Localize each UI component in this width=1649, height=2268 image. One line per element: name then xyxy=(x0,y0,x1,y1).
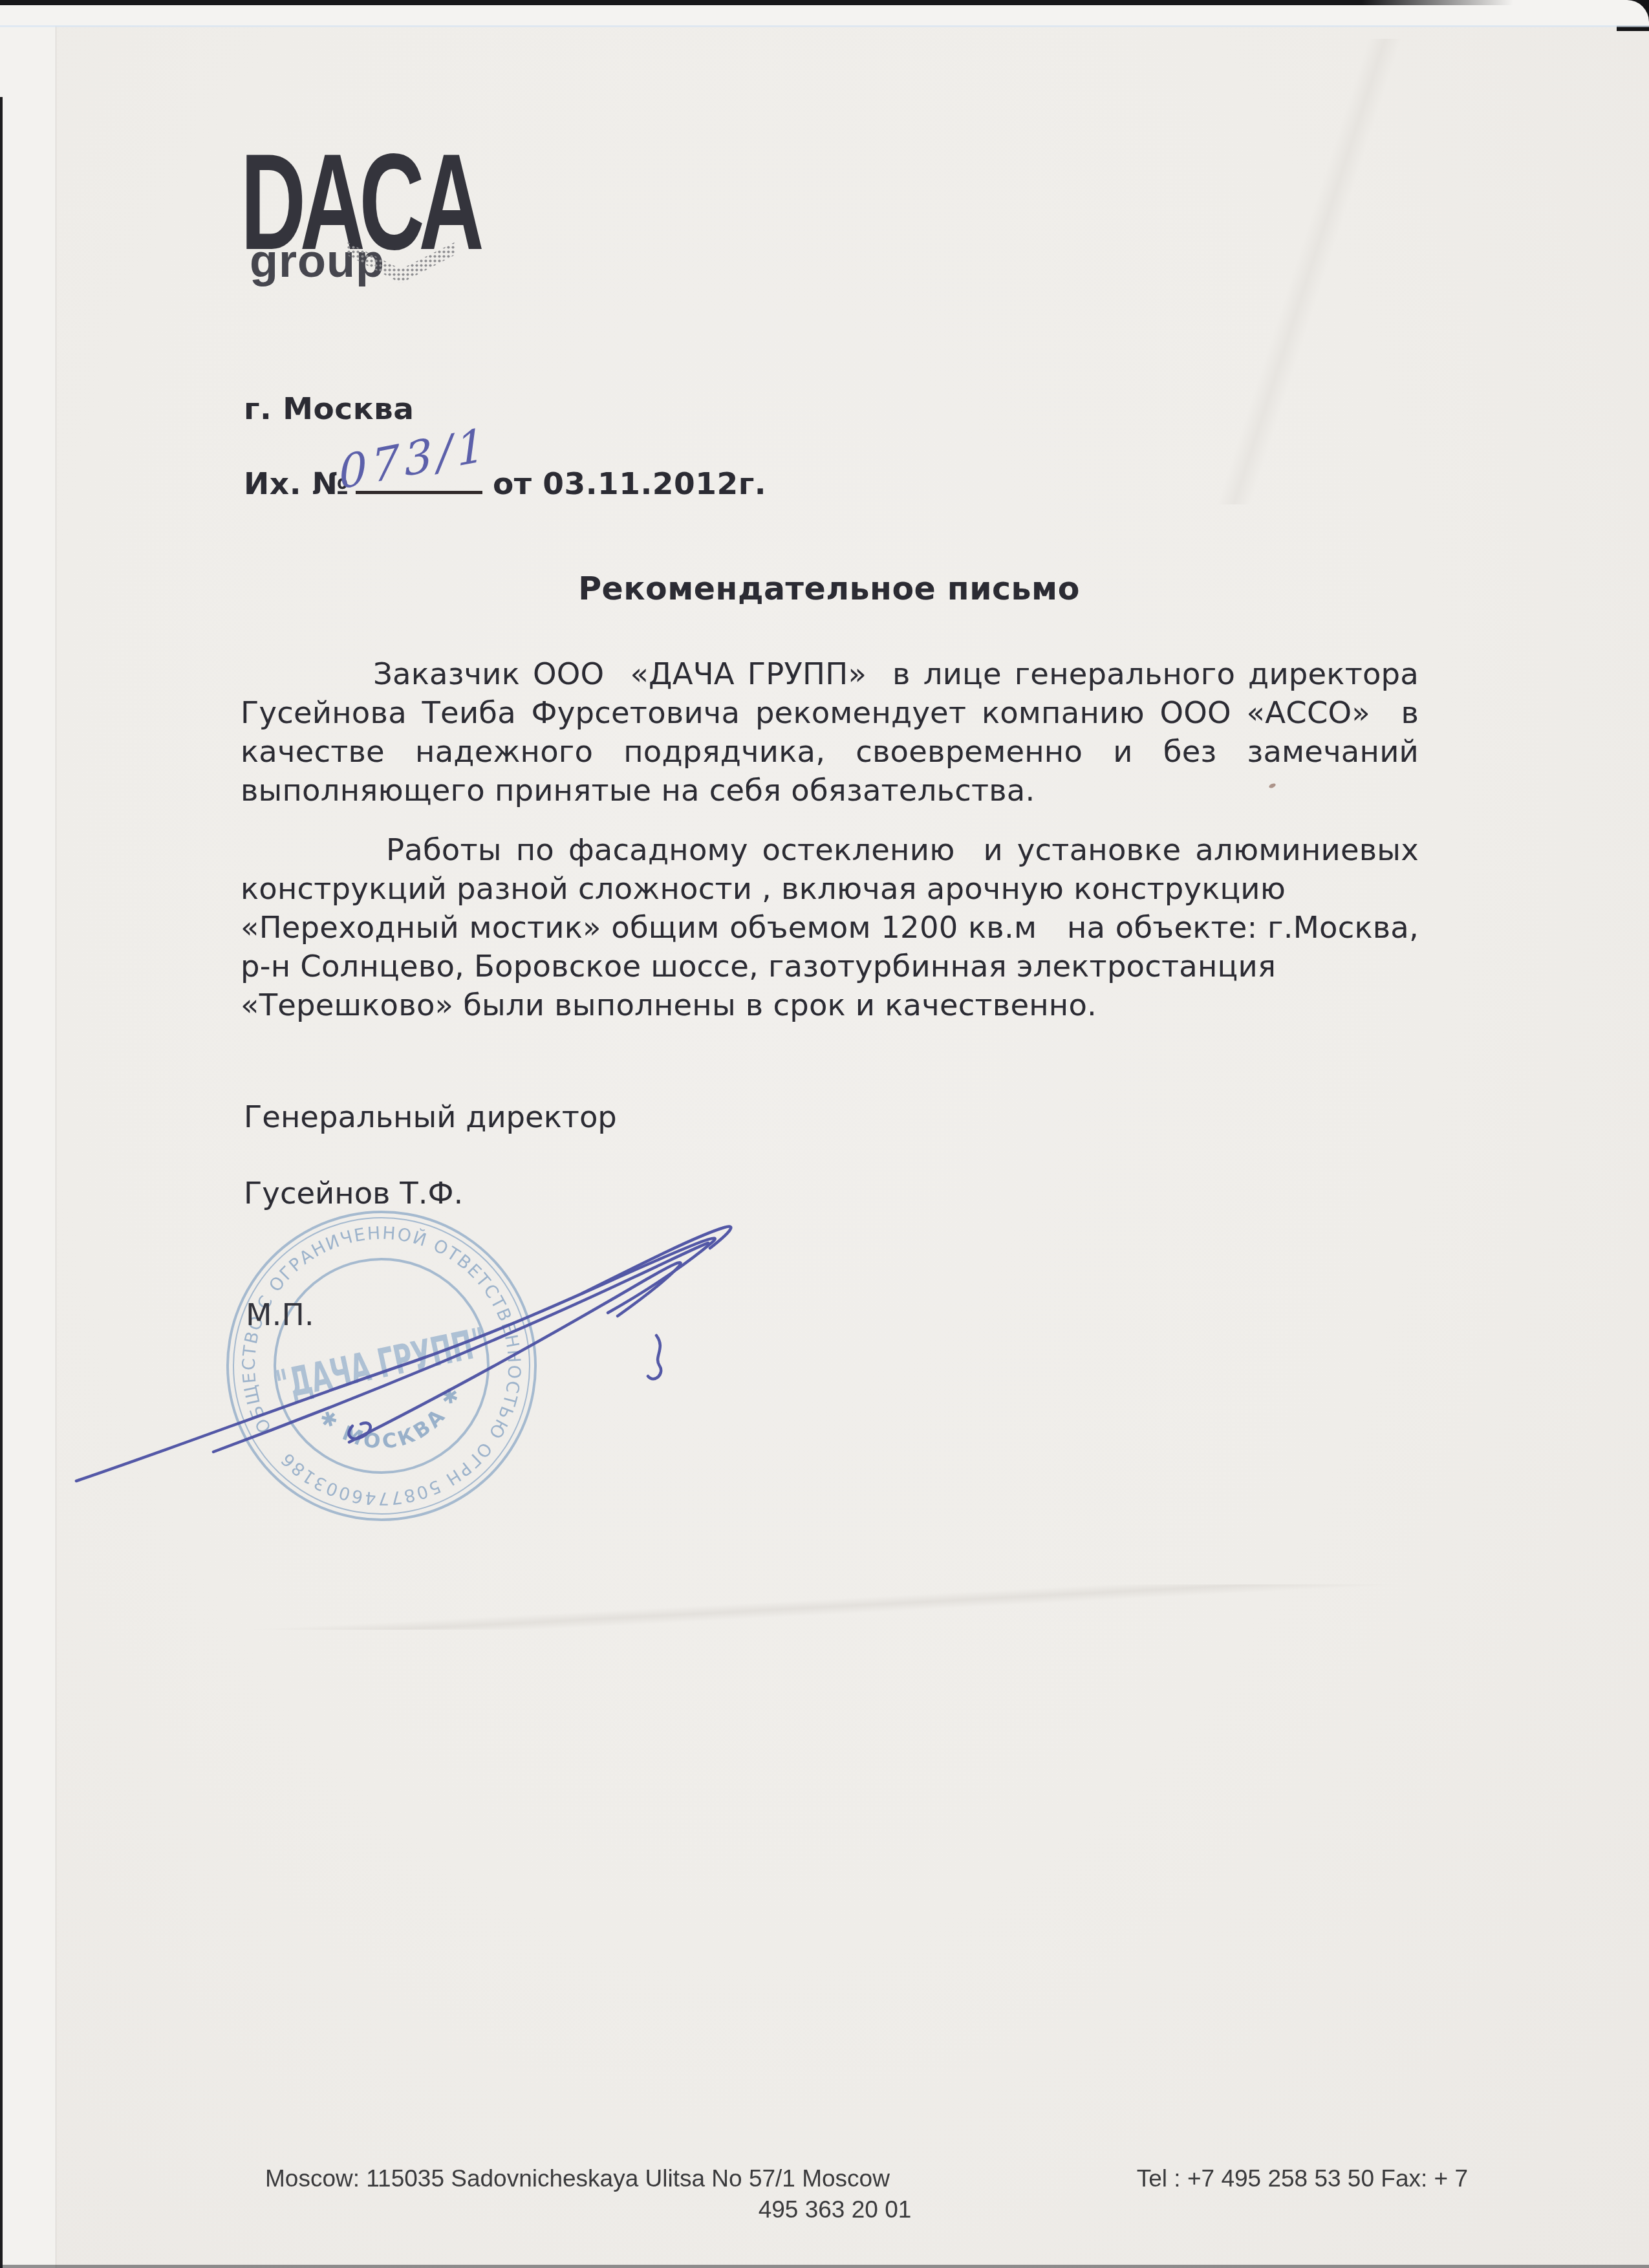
ref-prefix: Их. № xyxy=(244,466,349,502)
director-title: Генеральный директор xyxy=(244,1099,617,1134)
scan-top-edge xyxy=(0,0,1513,5)
paper-crease-horizontal xyxy=(0,1584,1649,1630)
footer-address: Moscow: 115035 Sadovnicheskaya Ulitsa No… xyxy=(265,2165,890,2192)
letter-title: Рекомендательное письмо xyxy=(241,570,1417,607)
paper-crease-diagonal xyxy=(970,39,1649,504)
paragraph-2: Работы по фасадному остеклению и установ… xyxy=(241,830,1419,1024)
footer-line-1: Moscow: 115035 Sadovnicheskaya Ulitsa No… xyxy=(265,2165,1468,2192)
body-line: Заказчик ООО «ДАЧА ГРУПП» в лице генерал… xyxy=(241,654,1419,693)
director-signature xyxy=(0,1216,841,1578)
body-line: Гусейнова Теиба Фурсетовича рекомендует … xyxy=(241,693,1419,732)
body-line: р-н Солнцево, Боровское шоссе, газотурби… xyxy=(241,947,1419,986)
scan-bottom-edge xyxy=(0,2265,1649,2268)
scan-left-band xyxy=(0,26,56,2268)
paragraph-1: Заказчик ООО «ДАЧА ГРУПП» в лице генерал… xyxy=(241,654,1419,810)
letter-ref-line: Их. №от 03.11.2012г. xyxy=(244,466,766,502)
body-line: «Терешково» были выполнены в срок и каче… xyxy=(241,986,1419,1024)
footer-phone: Tel : +7 495 258 53 50 Fax: + 7 xyxy=(1137,2165,1468,2192)
scanned-letter-page: DACA group г. Москва Их. №от 03.11.2012г… xyxy=(0,0,1649,2268)
scan-left-edge xyxy=(0,97,3,2268)
body-line: выполняющего принятые на себя обязательс… xyxy=(241,771,1419,810)
logo-chevron-icon xyxy=(347,241,455,283)
letter-city: г. Москва xyxy=(244,391,415,427)
body-line: «Переходный мостик» общим объемом 1200 к… xyxy=(241,908,1419,947)
body-line: конструкций разной сложности , включая а… xyxy=(241,869,1419,908)
scan-blue-line xyxy=(0,25,1649,27)
ref-date: от 03.11.2012г. xyxy=(493,466,766,502)
footer-phone-2: 495 363 20 01 xyxy=(246,2196,1424,2223)
body-line: Работы по фасадному остеклению и установ… xyxy=(241,830,1419,869)
body-line: качестве надежного подрядчика, своевреме… xyxy=(241,732,1419,771)
